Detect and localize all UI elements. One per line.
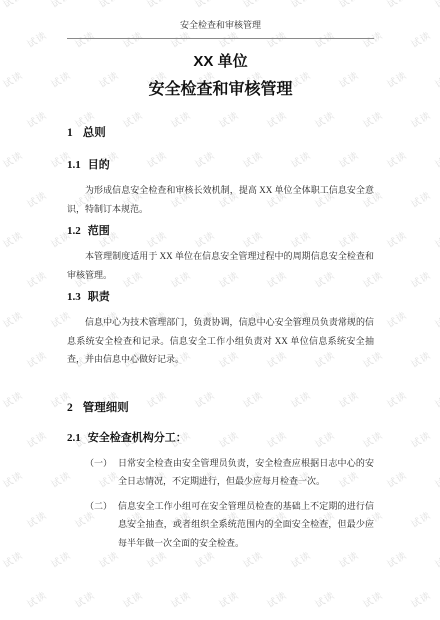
page-header: 安全检查和审核管理 [67,0,374,39]
clause-2-text: 信息安全工作小组可在安全管理员检查的基础上不定期的进行信息安全抽查，或者组织全系… [118,497,374,553]
section-2-label: 管理细则 [83,402,129,414]
section-1-1-number: 1.1 [67,159,81,171]
clause-2-label: （二） [85,497,112,553]
clause-1-text: 日常安全检查由安全管理员负责，安全检查应根据日志中心的安全日志情况，不定期进行，… [118,454,374,491]
section-1-3-label: 职责 [88,291,110,303]
document-page: 试读试读试读试读试读试读试读试读试读试读试读试读试读试读试读试读试读试读试读试读… [0,0,440,620]
doc-title-line1: XX 单位 [67,53,374,71]
document-content: 安全检查和审核管理 XX 单位 安全检查和审核管理 1总则 1.1目的 为形成信… [0,0,440,620]
section-1-1-heading: 1.1目的 [67,158,374,173]
section-1-3-paragraph: 信息中心为技术管理部门，负责协调，信息中心安全管理员负责常规的信息系统安全检查和… [67,313,374,369]
clause-item-2: （二） 信息安全工作小组可在安全管理员检查的基础上不定期的进行信息安全抽查，或者… [67,497,374,553]
section-1-1-label: 目的 [88,159,110,171]
section-1-number: 1 [67,127,73,139]
section-2-1-number: 2.1 [67,432,81,444]
page-header-title: 安全检查和审核管理 [180,20,261,30]
section-2-number: 2 [67,402,73,414]
section-1-2-label: 范围 [88,225,110,237]
section-1-2-paragraph: 本管理制度适用于 XX 单位在信息安全管理过程中的周期信息安全检查和审核管理。 [67,247,374,284]
section-1-label: 总则 [83,127,106,139]
doc-title-line2: 安全检查和审核管理 [67,80,374,100]
section-1-2-number: 1.2 [67,225,81,237]
section-2-1-label: 安全检查机构分工： [88,432,187,444]
section-1-3-number: 1.3 [67,291,81,303]
section-1-heading: 1总则 [67,126,374,141]
section-2-heading: 2管理细则 [67,401,374,416]
clause-item-1: （一） 日常安全检查由安全管理员负责，安全检查应根据日志中心的安全日志情况，不定… [67,454,374,491]
section-1-3-heading: 1.3职责 [67,290,374,305]
section-1-2-heading: 1.2范围 [67,224,374,239]
section-1-1-paragraph: 为形成信息安全检查和审核长效机制，提高 XX 单位全体职工信息安全意识，特制订本… [67,181,374,218]
clause-1-label: （一） [85,454,112,491]
section-2-1-heading: 2.1安全检查机构分工： [67,431,374,446]
